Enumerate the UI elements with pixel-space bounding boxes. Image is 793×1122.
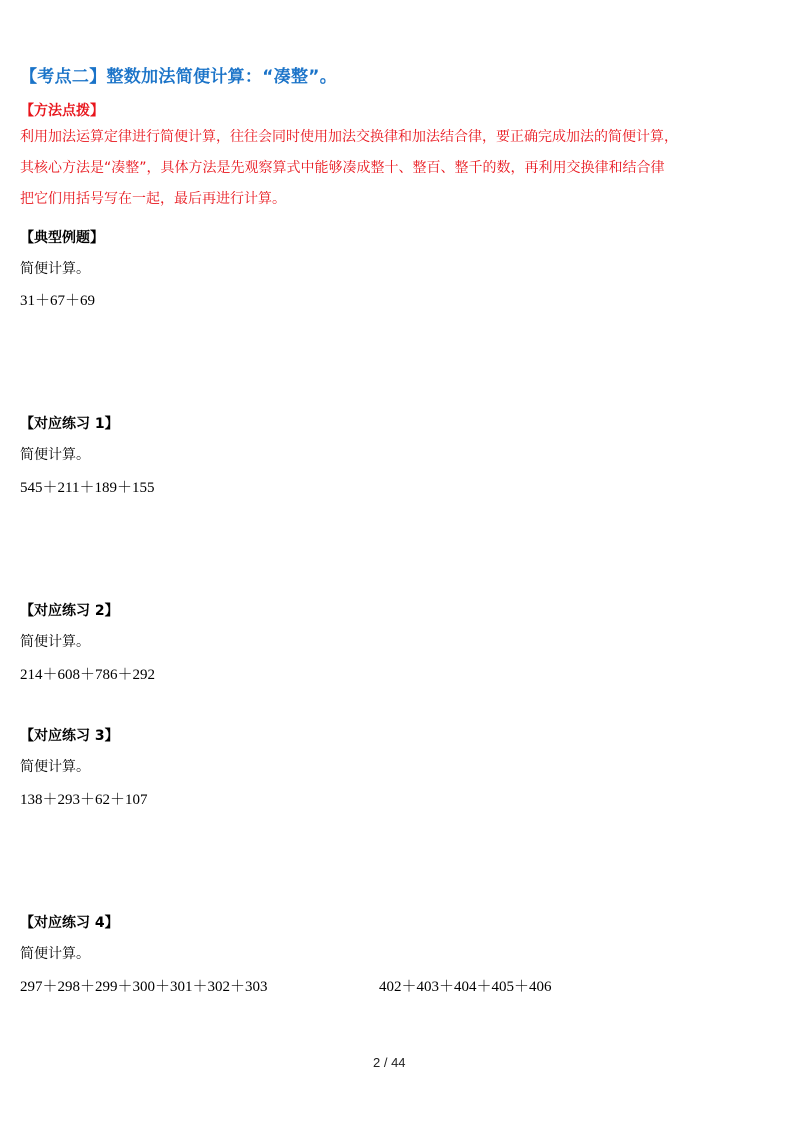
method-line-2: 其核心方法是“凑整”，具体方法是先观察算式中能够凑成整十、整百、整千的数，再利用… [20,153,780,184]
document-page: 【考点二】整数加法简便计算：“凑整”。 【方法点拨】 利用加法运算定律进行简便计… [0,0,793,1122]
exercise-1-expression: 545＋211＋189＋155 [20,476,154,497]
example-instruction: 简便计算。 [20,258,90,278]
exercise-2-label: 【对应练习 2】 [20,600,119,620]
example-expression: 31＋67＋69 [20,289,95,310]
exercise-3-expression: 138＋293＋62＋107 [20,788,148,809]
exercise-4-expression-a: 297＋298＋299＋300＋301＋302＋303 [20,975,268,996]
method-line-1: 利用加法运算定律进行简便计算，往往会同时使用加法交换律和加法结合律，要正确完成加… [20,122,780,153]
exercise-1-instruction: 简便计算。 [20,444,90,464]
method-text: 利用加法运算定律进行简便计算，往往会同时使用加法交换律和加法结合律，要正确完成加… [20,122,780,215]
exercise-3-label: 【对应练习 3】 [20,725,119,745]
method-line-3: 把它们用括号写在一起，最后再进行计算。 [20,184,780,215]
exercise-1-label: 【对应练习 1】 [20,413,119,433]
topic-heading: 【考点二】整数加法简便计算：“凑整”。 [20,62,337,87]
exercise-2-expression: 214＋608＋786＋292 [20,663,155,684]
exercise-4-expression-b: 402＋403＋404＋405＋406 [379,975,552,996]
exercise-2-instruction: 简便计算。 [20,631,90,651]
page-indicator: 2 / 44 [373,1055,406,1070]
exercise-3-instruction: 简便计算。 [20,756,90,776]
exercise-4-label: 【对应练习 4】 [20,912,119,932]
example-label: 【典型例题】 [20,227,104,247]
exercise-4-instruction: 简便计算。 [20,943,90,963]
method-label: 【方法点拨】 [20,100,104,120]
